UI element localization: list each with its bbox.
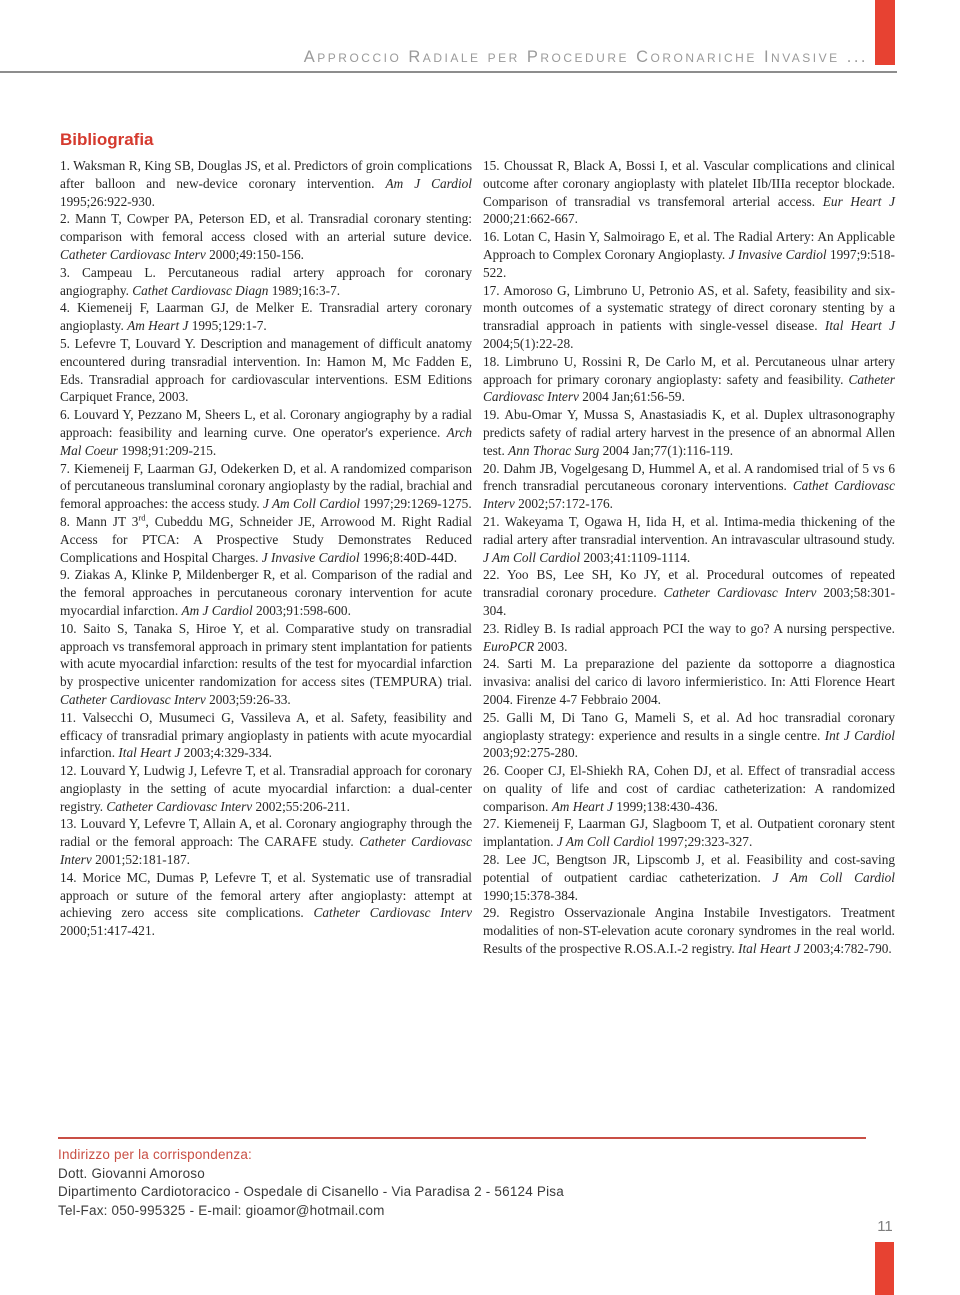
journal-name: Catheter Cardiovasc Interv [60,247,206,262]
reference-item: 21. Wakeyama T, Ogawa H, Iida H, et al. … [483,513,895,566]
reference-text: 2003;41:1109-1114. [580,550,690,565]
journal-name: Ital Heart J [825,318,895,333]
reference-text: 2000;49:150-156. [206,247,304,262]
journal-name: Am Heart J [127,318,188,333]
reference-item: 25. Galli M, Di Tano G, Mameli S, et al.… [483,709,895,762]
journal-name: Ital Heart J [118,745,180,760]
journal-name: Ann Thorac Surg [508,443,599,458]
references-columns: 1. Waksman R, King SB, Douglas JS, et al… [60,157,895,958]
reference-text: 2003;4:329-334. [180,745,272,760]
reference-text: 2003;4:782-790. [800,941,892,956]
reference-text: 5. Lefevre T, Louvard Y. Description and… [60,336,472,404]
reference-item: 24. Sarti M. La preparazione del pazient… [483,655,895,708]
journal-name: J Am Coll Cardiol [557,834,654,849]
reference-item: 16. Lotan C, Hasin Y, Salmoirago E, et a… [483,228,895,281]
journal-name: J Am Coll Cardiol [263,496,360,511]
journal-name: J Am Coll Cardiol [773,870,895,885]
reference-text: 1999;138:430-436. [613,799,718,814]
reference-text: 23. Ridley B. Is radial approach PCI the… [483,621,895,636]
correspondence-label: Indirizzo per la corrispondenza: [58,1146,564,1165]
reference-item: 22. Yoo BS, Lee SH, Ko JY, et al. Proced… [483,566,895,619]
running-header-title: Approccio Radiale per Procedure Coronari… [304,48,868,67]
journal-name: Catheter Cardiovasc Interv [60,692,206,707]
reference-text: 2002;55:206-211. [252,799,350,814]
journal-name: Am J Cardiol [385,176,472,191]
references-column-left: 1. Waksman R, King SB, Douglas JS, et al… [60,157,472,958]
reference-text: 1997;29:323-327. [654,834,752,849]
journal-name: J Am Coll Cardiol [483,550,580,565]
reference-item: 18. Limbruno U, Rossini R, De Carlo M, e… [483,353,895,406]
reference-item: 13. Louvard Y, Lefevre T, Allain A, et a… [60,815,472,868]
reference-item: 15. Choussat R, Black A, Bossi I, et al.… [483,157,895,228]
reference-text: 2004;5(1):22-28. [483,336,573,351]
reference-item: 19. Abu-Omar Y, Mussa S, Anastasiadis K,… [483,406,895,459]
bibliography-section-title: Bibliografia [60,130,154,150]
reference-text: 2000;51:417-421. [60,923,155,938]
reference-text: 24. Sarti M. La preparazione del pazient… [483,656,895,707]
reference-item: 27. Kiemeneij F, Laarman GJ, Slagboom T,… [483,815,895,851]
reference-text: 21. Wakeyama T, Ogawa H, Iida H, et al. … [483,514,895,547]
reference-text: 2003;92:275-280. [483,745,578,760]
reference-item: 11. Valsecchi O, Musumeci G, Vassileva A… [60,709,472,762]
reference-text: 1996;8:40D-44D. [360,550,458,565]
reference-item: 5. Lefevre T, Louvard Y. Description and… [60,335,472,406]
journal-name: Am J Cardiol [181,603,252,618]
journal-name: Ital Heart J [738,941,800,956]
reference-item: 29. Registro Osservazionale Angina Insta… [483,904,895,957]
reference-text: 2000;21:662-667. [483,211,578,226]
reference-item: 12. Louvard Y, Ludwig J, Lefevre T, et a… [60,762,472,815]
reference-text: 2004 Jan;77(1):116-119. [599,443,733,458]
reference-item: 14. Morice MC, Dumas P, Lefevre T, et al… [60,869,472,940]
reference-text: 2. Mann T, Cowper PA, Peterson ED, et al… [60,211,472,244]
journal-name: J Invasive Cardiol [729,247,827,262]
reference-item: 26. Cooper CJ, El-Shiekh RA, Cohen DJ, e… [483,762,895,815]
reference-item: 6. Louvard Y, Pezzano M, Sheers L, et al… [60,406,472,459]
reference-text: 1998;91:209-215. [118,443,216,458]
ordinal-superscript: rd [138,513,145,523]
bottom-accent-bar [875,1242,894,1295]
correspondence-address: Dipartimento Cardiotoracico - Ospedale d… [58,1183,564,1202]
reference-item: 7. Kiemeneij F, Laarman GJ, Odekerken D,… [60,460,472,513]
reference-item: 23. Ridley B. Is radial approach PCI the… [483,620,895,656]
reference-item: 17. Amoroso G, Limbruno U, Petronio AS, … [483,282,895,353]
reference-item: 2. Mann T, Cowper PA, Peterson ED, et al… [60,210,472,263]
paper-page: { "header": { "title": "Approccio Radial… [0,0,960,1295]
journal-name: Catheter Cardiovasc Interv [664,585,817,600]
journal-name: J Invasive Cardiol [262,550,360,565]
reference-text: 2002;57:172-176. [515,496,613,511]
reference-item: 8. Mann JT 3rd, Cubeddu MG, Schneider JE… [60,513,472,566]
reference-text: 1989;16:3-7. [268,283,340,298]
reference-item: 10. Saito S, Tanaka S, Hiroe Y, et al. C… [60,620,472,709]
journal-name: Catheter Cardiovasc Interv [313,905,472,920]
reference-text: 1995;26:922-930. [60,194,155,209]
reference-item: 9. Ziakas A, Klinke P, Mildenberger R, e… [60,566,472,619]
references-column-right: 15. Choussat R, Black A, Bossi I, et al.… [483,157,895,958]
reference-text: 2003. [534,639,567,654]
correspondence-contact: Tel-Fax: 050-995325 - E-mail: gioamor@ho… [58,1202,564,1221]
reference-item: 28. Lee JC, Bengtson JR, Lipscomb J, et … [483,851,895,904]
journal-name: Am Heart J [552,799,613,814]
reference-item: 1. Waksman R, King SB, Douglas JS, et al… [60,157,472,210]
reference-text: 1990;15:378-384. [483,888,578,903]
correspondence-name: Dott. Giovanni Amoroso [58,1165,564,1184]
journal-name: Eur Heart J [823,194,895,209]
reference-text: 6. Louvard Y, Pezzano M, Sheers L, et al… [60,407,472,440]
journal-name: EuroPCR [483,639,534,654]
top-accent-bar [875,0,895,65]
footer-rule [58,1137,866,1139]
reference-text: 2003;59:26-33. [206,692,291,707]
reference-text: 10. Saito S, Tanaka S, Hiroe Y, et al. C… [60,621,472,689]
reference-item: 4. Kiemeneij F, Laarman GJ, de Melker E.… [60,299,472,335]
header-rule [0,71,897,73]
journal-name: Catheter Cardiovasc Interv [106,799,252,814]
reference-text: 2001;52:181-187. [92,852,190,867]
reference-text: 8. Mann JT 3 [60,514,138,529]
correspondence-footer: Indirizzo per la corrispondenza: Dott. G… [58,1146,564,1220]
reference-text: 2004 Jan;61:56-59. [579,389,685,404]
reference-text: 1997;29:1269-1275. [360,496,472,511]
reference-text: 2003;91:598-600. [253,603,351,618]
journal-name: Cathet Cardiovasc Diagn [132,283,268,298]
page-number: 11 [873,1218,897,1235]
reference-item: 3. Campeau L. Percutaneous radial artery… [60,264,472,300]
journal-name: Int J Cardiol [825,728,895,743]
reference-item: 20. Dahm JB, Vogelgesang D, Hummel A, et… [483,460,895,513]
reference-text: 1995;129:1-7. [188,318,266,333]
reference-text: 18. Limbruno U, Rossini R, De Carlo M, e… [483,354,895,387]
